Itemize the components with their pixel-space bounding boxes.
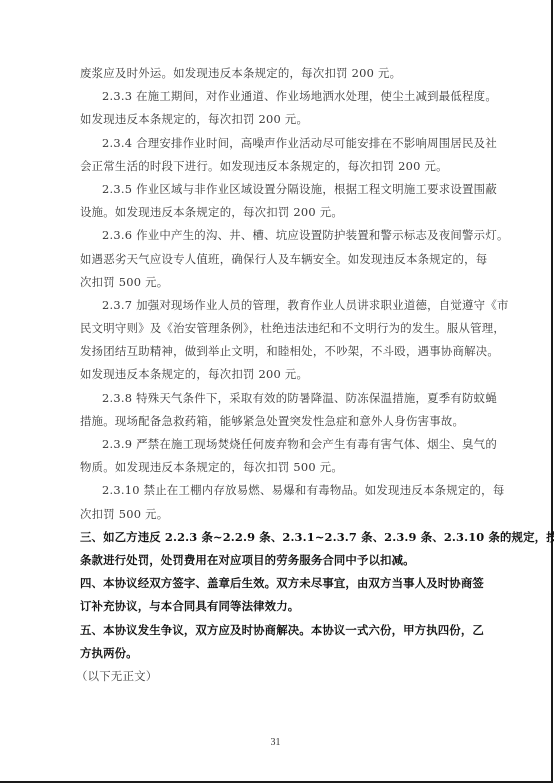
clause-2-3-3: 2.3.3 在施工期间，对作业通道、作业场地洒水处理，使尘土减到最低程度。 (80, 85, 484, 108)
clause-2-3-6: 2.3.6 作业中产生的沟、井、槽、坑应设置防护装置和警示标志及夜间警示灯。 (80, 224, 484, 247)
section-five: 五、本协议发生争议，双方应及时协商解决。本协议一式六份，甲方执四份，乙 (80, 619, 484, 642)
text-line: 如发现违反本条规定的，每次扣罚 200 元。 (80, 363, 484, 386)
text-line: 如遇恶劣天气应设专人值班，确保行人及车辆安全。如发现违反本条规定的，每 (80, 248, 484, 271)
section-four: 四、本协议经双方签字、盖章后生效。双方未尽事宜，由双方当事人及时协商签 (80, 572, 484, 595)
clause-2-3-9: 2.3.9 严禁在施工现场焚烧任何废弃物和会产生有毒有害气体、烟尘、臭气的 (80, 433, 484, 456)
text-line: 条款进行处罚，处罚费用在对应项目的劳务服务合同中予以扣减。 (80, 549, 484, 572)
clause-2-3-7: 2.3.7 加强对现场作业人员的管理，教育作业人员讲求职业道德，自觉遵守《市 (80, 294, 484, 317)
text-line: 方执两份。 (80, 642, 484, 665)
text-line: 如发现违反本条规定的，每次扣罚 200 元。 (80, 108, 484, 131)
section-three: 三、如乙方违反 2.2.3 条~2.2.9 条、2.3.1~2.3.7 条、2.… (80, 526, 484, 549)
text-line: 次扣罚 500 元。 (80, 271, 484, 294)
clause-2-3-8: 2.3.8 特殊天气条件下，采取有效的防暑降温、防冻保温措施，夏季有防蚊蝇 (80, 387, 484, 410)
text-line: 发扬团结互助精神，做到举止文明，和睦相处，不吵架，不斗殴，遇事协商解决。 (80, 340, 484, 363)
document-body: 废浆应及时外运。如发现违反本条规定的，每次扣罚 200 元。 2.3.3 在施工… (80, 62, 484, 688)
text-line: 物质。如发现违反本条规定的，每次扣罚 500 元。 (80, 456, 484, 479)
text-line: 民文明守则》及《治安管理条例》，杜绝违法违纪和不文明行为的发生。服从管理， (80, 317, 484, 340)
end-of-text-note: （以下无正文） (76, 665, 484, 688)
page-number: 31 (0, 737, 551, 748)
clause-2-3-5: 2.3.5 作业区域与非作业区域设置分隔设施，根据工程文明施工要求设置围蔽 (80, 178, 484, 201)
document-page: 废浆应及时外运。如发现违反本条规定的，每次扣罚 200 元。 2.3.3 在施工… (0, 0, 553, 783)
text-line: 废浆应及时外运。如发现违反本条规定的，每次扣罚 200 元。 (80, 62, 484, 85)
clause-2-3-4: 2.3.4 合理安排作业时间，高噪声作业活动尽可能安排在不影响周围居民及社 (80, 132, 484, 155)
text-line: 次扣罚 500 元。 (80, 503, 484, 526)
text-line: 措施。现场配备急救药箱，能够紧急处置突发性急症和意外人身伤害事故。 (80, 410, 484, 433)
clause-2-3-10: 2.3.10 禁止在工棚内存放易燃、易爆和有毒物品。如发现违反本条规定的，每 (80, 479, 484, 502)
text-line: 会正常生活的时段下进行。如发现违反本条规定的，每次扣罚 200 元。 (80, 155, 484, 178)
text-line: 订补充协议，与本合同具有同等法律效力。 (80, 595, 484, 618)
text-line: 设施。如发现违反本条规定的，每次扣罚 200 元。 (80, 201, 484, 224)
